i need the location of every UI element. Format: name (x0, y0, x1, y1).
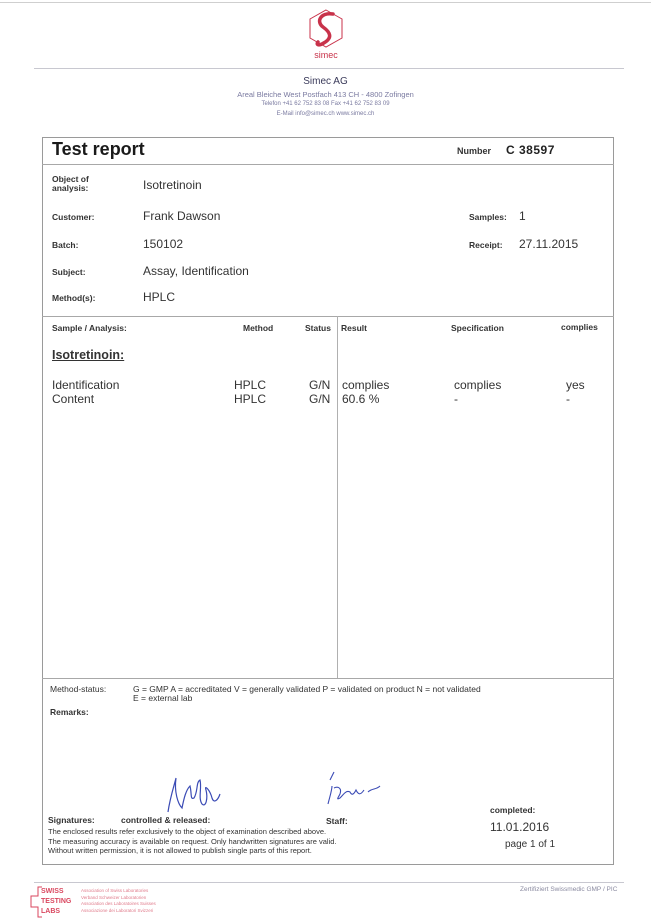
table-bottom-divider (42, 678, 614, 679)
stl-word: TESTING (41, 897, 71, 907)
receipt-value: 27.11.2015 (519, 237, 578, 251)
batch-value: 150102 (143, 237, 183, 251)
logo-text: simec (314, 50, 338, 60)
row-specification: - (454, 392, 458, 406)
number-label: Number (457, 146, 491, 156)
title-divider (42, 164, 614, 165)
completed-label: completed: (490, 805, 535, 815)
receipt-label: Receipt: (469, 240, 503, 250)
row-result: complies (342, 378, 389, 392)
remarks-label: Remarks: (50, 707, 89, 717)
method-status-legend-2: E = external lab (133, 693, 192, 703)
company-address: Areal Bleiche West Postfach 413 CH - 480… (0, 90, 651, 99)
result-column-divider (337, 316, 338, 678)
row-analysis: Content (52, 392, 94, 406)
row-status: G/N (309, 378, 330, 392)
signature-controlled (160, 768, 240, 818)
header-complies: complies (561, 322, 598, 332)
company-phone: Telefon +41 62 752 83 08 Fax +41 62 752 … (0, 101, 651, 107)
methods-label: Method(s): (52, 293, 95, 303)
page-indicator: page 1 of 1 (505, 839, 555, 850)
simec-logo: simec (306, 8, 346, 60)
header-result: Result (341, 323, 367, 333)
disclaimer-line: The measuring accuracy is available on r… (48, 837, 336, 847)
stl-word: SWISS (41, 887, 71, 897)
stl-word: LABS (41, 907, 71, 917)
row-specification: complies (454, 378, 501, 392)
object-label: Object of analysis: (52, 175, 122, 193)
footer-divider (34, 882, 624, 883)
completed-date: 11.01.2016 (490, 820, 549, 834)
row-analysis: Identification (52, 378, 119, 392)
disclaimer-line: Without written permission, it is not al… (48, 846, 336, 856)
top-rule (0, 2, 651, 3)
header-method: Method (243, 323, 273, 333)
row-method: HPLC (234, 378, 266, 392)
stl-desc-line: Associazione dei Laboratori Svizzeri (81, 908, 156, 915)
samples-value: 1 (519, 209, 526, 223)
signature-staff (320, 768, 390, 808)
certification-text: Zertifiziert Swissmedic GMP / PIC (520, 886, 617, 893)
method-status-label: Method-status: (50, 684, 106, 694)
company-name: Simec AG (0, 76, 651, 87)
staff-label: Staff: (326, 816, 348, 826)
header-specification: Specification (451, 323, 504, 333)
disclaimer-line: The enclosed results refer exclusively t… (48, 827, 336, 837)
batch-label: Batch: (52, 240, 78, 250)
sample-name: Isotretinoin: (52, 348, 124, 362)
row-complies: - (566, 392, 570, 406)
row-status: G/N (309, 392, 330, 406)
customer-label: Customer: (52, 212, 95, 222)
methods-value: HPLC (143, 290, 175, 304)
object-value: Isotretinoin (143, 178, 202, 192)
fields-divider (42, 316, 614, 317)
subject-label: Subject: (52, 267, 86, 277)
report-title: Test report (52, 139, 145, 160)
disclaimer: The enclosed results refer exclusively t… (48, 827, 336, 856)
stl-desc-line: Association des Laboratoires Suisses (81, 901, 156, 908)
header-status: Status (305, 323, 331, 333)
report-number: C 38597 (506, 143, 555, 157)
customer-value: Frank Dawson (143, 209, 220, 223)
company-contact: E-Mail info@simec.ch www.simec.ch (0, 111, 651, 117)
samples-label: Samples: (469, 212, 507, 222)
controlled-released-label: controlled & released: (121, 815, 210, 825)
header-sample: Sample / Analysis: (52, 323, 127, 333)
row-method: HPLC (234, 392, 266, 406)
subject-value: Assay, Identification (143, 264, 249, 278)
signatures-label: Signatures: (48, 815, 95, 825)
stl-desc-line: Association of Swiss Laboratories (81, 888, 156, 895)
row-complies: yes (566, 378, 585, 392)
swiss-testing-labs-logo: SWISS TESTING LABS Association of Swiss … (30, 886, 160, 918)
row-result: 60.6 % (342, 392, 379, 406)
header-divider (34, 68, 624, 69)
